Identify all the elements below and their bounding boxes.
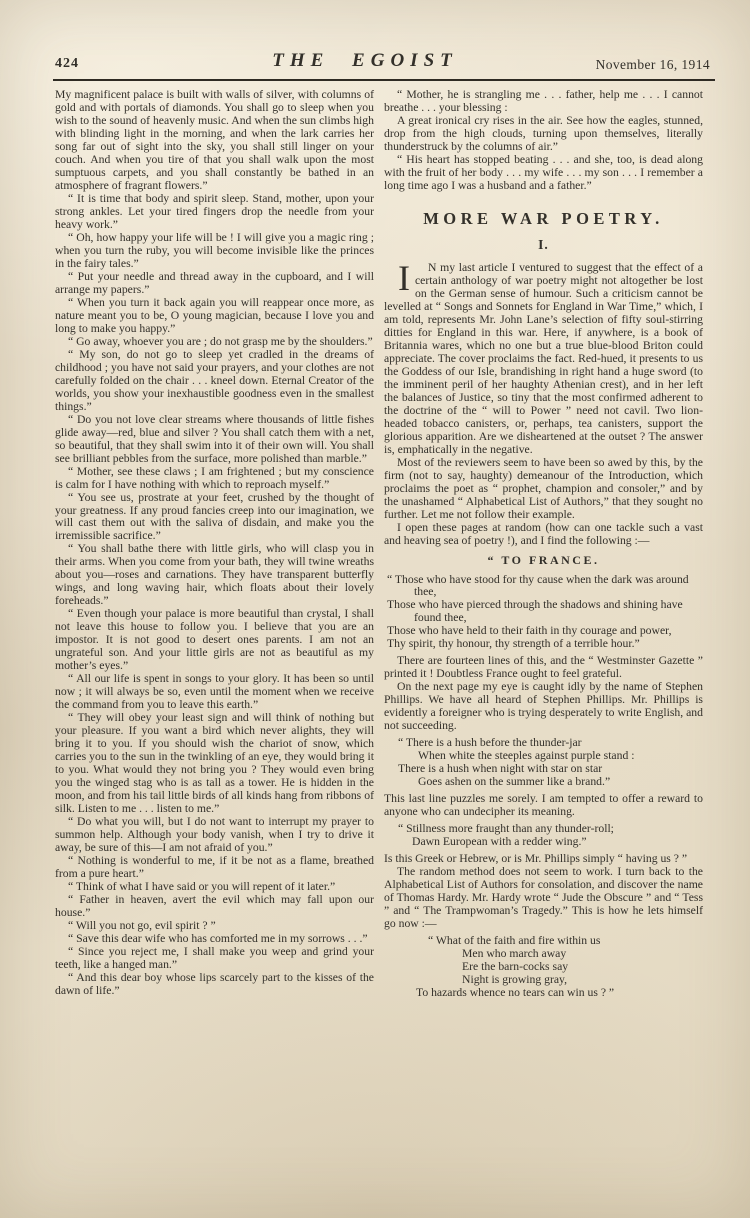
verse-line: “ Stillness more fraught than any thunde… [384,822,703,835]
verse-line: Those who have pierced through the shado… [384,598,703,624]
paragraph: There are fourteen lines of this, and th… [384,654,703,680]
verse-line: When white the steeples against purple s… [384,749,703,762]
drop-cap-initial: I [384,261,415,298]
paragraph: “ Father in heaven, avert the evil which… [55,893,374,919]
verse-line: “ What of the faith and fire within us [384,934,703,947]
paragraph: “ Think of what I have said or you will … [55,880,374,893]
verse-line: Thy spirit, thy honour, thy strength of … [384,637,703,650]
paragraph: “ They will obey your least sign and wil… [55,711,374,815]
paragraph: Most of the reviewers seem to have been … [384,456,703,521]
paragraph: “ It is time that body and spirit sleep.… [55,192,374,231]
paragraph: “ You see us, prostrate at your feet, cr… [55,491,374,543]
paragraph: “ Oh, how happy your life will be ! I wi… [55,231,374,270]
paragraph: “ You shall bathe there with little girl… [55,542,374,607]
paragraph: “ Do what you will, but I do not want to… [55,815,374,854]
poem-title: “ TO FRANCE. [384,554,703,567]
paragraph: “ All our life is spent in songs to your… [55,672,374,711]
paragraph: The random method does not seem to work.… [384,865,703,930]
page-header: 424 THE EGOIST November 16, 1914 [0,0,750,86]
left-column: My magnificent palace is built with wall… [55,88,374,997]
verse-line: To hazards whence no tears can win us ? … [384,986,703,999]
verse-line: Ere the barn-cocks say [384,960,703,973]
verse-line: Men who march away [384,947,703,960]
paragraph: This last line puzzles me sorely. I am t… [384,792,703,818]
paragraph: “ Since you reject me, I shall make you … [55,945,374,971]
issue-date: November 16, 1914 [596,57,710,73]
paragraph: “ Put your needle and thread away in the… [55,270,374,296]
verse-line: “ Those who have stood for thy cause whe… [384,573,703,599]
article-opening-paragraph: IN my last article I ventured to suggest… [384,261,703,456]
poem-hardy: “ What of the faith and fire within us M… [384,934,703,999]
article-title: MORE WAR POETRY. [384,209,703,229]
scanned-magazine-page: 424 THE EGOIST November 16, 1914 My magn… [0,0,750,1218]
paragraph: Is this Greek or Hebrew, or is Mr. Phill… [384,852,703,865]
paragraph: “ And this dear boy whose lips scarcely … [55,971,374,997]
paragraph: “ When you turn it back again you will r… [55,296,374,335]
verse-line: Those who have held to their faith in th… [384,624,703,637]
paragraph: My magnificent palace is built with wall… [55,88,374,192]
verse-line: Dawn European with a redder wing.” [384,835,703,848]
paragraph: I open these pages at random (how can on… [384,521,703,547]
verse-line: “ There is a hush before the thunder-jar [384,736,703,749]
right-column: “ Mother, he is strangling me . . . fath… [384,88,703,1003]
article-paragraphs: Most of the reviewers seem to have been … [384,456,703,547]
part-numeral: I. [384,238,703,251]
paragraph: “ Nothing is wonderful to me, if it be n… [55,854,374,880]
header-rule [53,79,715,81]
paragraph: “ Will you not go, evil spirit ? ” [55,919,374,932]
paragraph: “ Mother, he is strangling me . . . fath… [384,88,703,114]
poem-stillness: “ Stillness more fraught than any thunde… [384,822,703,848]
paragraph: “ Even though your palace is more beauti… [55,607,374,672]
paragraph: A great ironical cry rises in the air. S… [384,114,703,153]
paragraph: “ Go away, whoever you are ; do not gras… [55,335,374,348]
paragraph: “ My son, do not go to sleep yet cradled… [55,348,374,413]
paragraph: “ Mother, see these claws ; I am frighte… [55,465,374,491]
continuation-text: “ Mother, he is strangling me . . . fath… [384,88,703,192]
paragraph: “ Save this dear wife who has comforted … [55,932,374,945]
verse-line: There is a hush when night with star on … [384,762,703,775]
verse-line: Night is growing gray, [384,973,703,986]
paragraph: “ His heart has stopped beating . . . an… [384,153,703,192]
paragraph: On the next page my eye is caught idly b… [384,680,703,732]
paragraph: “ Do you not love clear streams where th… [55,413,374,465]
verse-line: Goes ashen on the summer like a brand.” [384,775,703,788]
opening-paragraph-text: N my last article I ventured to suggest … [384,261,703,456]
poem-hush: “ There is a hush before the thunder-jar… [384,736,703,788]
poem-to-france: “ TO FRANCE. “ Those who have stood for … [384,554,703,651]
